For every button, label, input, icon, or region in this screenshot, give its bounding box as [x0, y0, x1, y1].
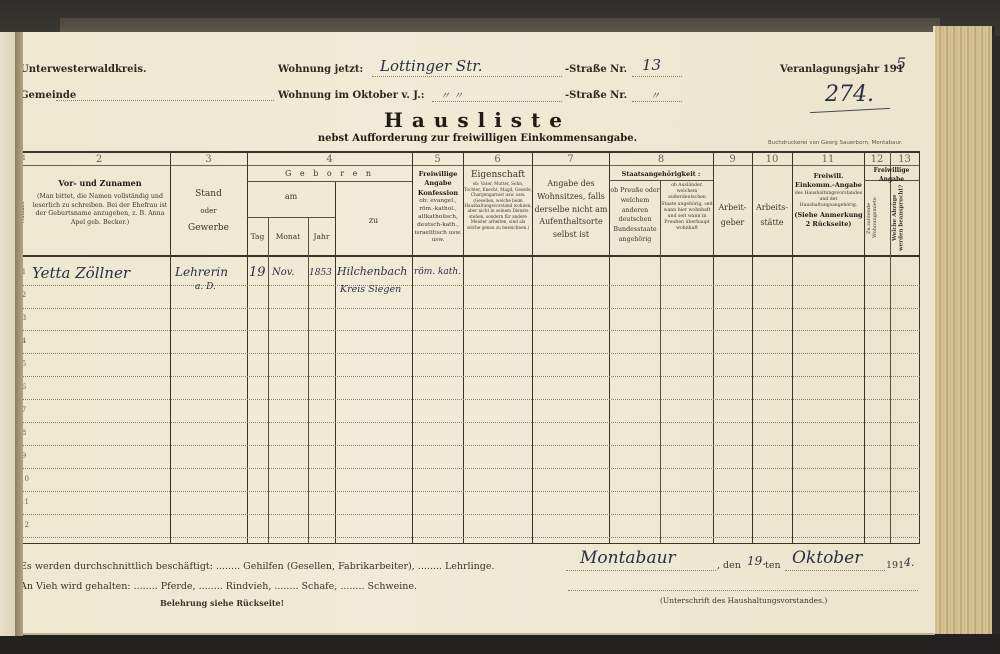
col-line — [247, 151, 248, 543]
column-number: 6 — [463, 154, 532, 165]
col11-ref: (Siehe Anmerkung 2 Rückseite) — [793, 211, 864, 229]
year-prefix: 191 — [886, 560, 904, 571]
signature-label: (Unterschrift des Haushaltungsvorstandes… — [660, 596, 827, 605]
col12-13-header: Freiwillige Angabe — [864, 166, 919, 185]
col4-monat: Monat — [268, 232, 308, 242]
col-line — [919, 151, 920, 543]
col-line — [890, 151, 891, 543]
book-gutter — [15, 32, 23, 636]
livestock-line: An Vieh wird gehalten: ........ Pferde, … — [20, 581, 417, 592]
cell-stand: Lehrerin — [175, 265, 228, 279]
col13-header: Welche Abzüge werden beansprucht? — [892, 184, 918, 252]
header-bottom-rule — [20, 255, 920, 257]
day-value: 19. — [747, 554, 766, 568]
col4-tag: Tag — [247, 232, 268, 242]
place-value: Montabaur — [580, 548, 676, 568]
col11-title: Freiwill. Einkomm.-Angabe — [795, 172, 862, 189]
register-page: Unterwesterwaldkreis. Gemeinde Wohnung j… — [20, 32, 935, 635]
col4-am: am — [247, 192, 335, 203]
col4-jahr: Jahr — [308, 232, 335, 242]
month-line — [785, 570, 885, 571]
col8a-header: ob Preuße oder welchem anderen deutschen… — [610, 186, 660, 245]
printer-imprint: Buchdruckerei von Georg Sauerborn, Monta… — [768, 140, 902, 146]
row-line — [20, 399, 920, 400]
district-label: Unterwesterwaldkreis. — [20, 64, 146, 75]
current-residence-value: Lottinger Str. — [380, 57, 483, 75]
table-bottom-rule — [20, 543, 920, 544]
col-line — [335, 182, 336, 543]
instruction-note: Belehrung siehe Rückseite! — [160, 598, 284, 608]
ten-label: ten — [765, 560, 781, 571]
row-line — [20, 468, 920, 469]
employed-line: Es werden durchschnittlich beschäftigt: … — [20, 561, 494, 572]
column-number: 10 — [752, 154, 792, 165]
col8-title: Staatsangehörigkeit : — [622, 170, 701, 178]
document-title: Hausliste — [20, 108, 935, 132]
assessment-year-label: Veranlagungsjahr 191 — [780, 64, 904, 75]
row-line — [20, 514, 920, 515]
cell-stand-2: a. D. — [195, 282, 216, 292]
col12-13-title: Freiwillige Angabe — [874, 167, 910, 183]
column-number: 7 — [532, 154, 609, 165]
list-number: 274. — [825, 82, 874, 107]
october-street-no-label: -Straße Nr. — [565, 90, 627, 101]
col11-header: Freiwill. Einkomm.-Angabe des Haushaltun… — [793, 172, 864, 228]
row-line — [20, 376, 920, 377]
col6-title: Eigenschaft — [471, 170, 525, 180]
colnum-rule — [20, 165, 920, 166]
row-line — [20, 537, 920, 538]
col8-header: Staatsangehörigkeit : — [609, 170, 713, 179]
row-line — [20, 491, 920, 492]
current-street-no-label: -Straße Nr. — [565, 64, 627, 75]
col2-title: Vor- und Zunamen — [58, 178, 141, 188]
year-suffix: 4. — [904, 556, 915, 569]
column-number: 13 — [890, 154, 919, 165]
october-street-no-value: 〃 — [650, 87, 660, 102]
current-street-no-line — [632, 76, 682, 77]
month-value: Oktober — [792, 548, 862, 568]
row-line — [20, 353, 920, 354]
column-number: 11 — [792, 154, 864, 165]
col12-header: Zu zahlende Wohnungsmiete — [866, 184, 888, 252]
col5-header: Freiwillige Angabe Konfession ob: evange… — [413, 170, 463, 245]
col8b-header: ob Ausländer, welchem außerdeutschen Sta… — [661, 183, 713, 233]
col3-stand: Stand — [195, 189, 222, 199]
october-residence-value: 〃 〃 — [440, 87, 463, 102]
column-number: 4 — [247, 154, 412, 165]
current-residence-label: Wohnung jetzt: — [278, 64, 363, 75]
current-street-no-value: 13 — [642, 56, 661, 74]
row-line — [20, 308, 920, 309]
book-spine-edge — [60, 18, 940, 32]
row-line — [20, 330, 920, 331]
row-line — [20, 422, 920, 423]
col2-note: (Man bittet, die Namen vollständig und l… — [32, 193, 168, 227]
col5-title: Freiwillige Angabe Konfession — [418, 170, 458, 197]
col5-note: ob: evangel., röm.-kathol., altkatholisc… — [413, 198, 463, 245]
col6-header: Eigenschaft ob: Vater, Mutter, Sohn, Toc… — [464, 169, 532, 230]
column-number: 9 — [713, 154, 752, 165]
column-number: 3 — [170, 154, 247, 165]
am-rule — [247, 217, 335, 218]
current-residence-line — [372, 76, 562, 77]
book-cover-bottom — [0, 634, 1000, 654]
column-number: 2 — [28, 154, 170, 165]
col11-note: des Haushaltungsvorstandes und der Haush… — [793, 191, 864, 209]
column-number: 5 — [412, 154, 463, 165]
row-line — [20, 285, 920, 286]
den-label: , den — [717, 560, 741, 571]
column-number: 8 — [609, 154, 713, 165]
row-line — [20, 445, 920, 446]
october-residence-label: Wohnung im Oktober v. J.: — [278, 90, 424, 101]
col7-header: Angabe des Wohnsitzes, falls derselbe ni… — [533, 178, 609, 242]
col10-header: Arbeits-stätte — [752, 200, 792, 230]
cell-tag: 19 — [249, 265, 266, 280]
signature-line — [568, 590, 918, 591]
cell-monat: Nov. — [272, 267, 294, 278]
col6-note: ob: Vater, Mutter, Sohn, Tochter, Knecht… — [464, 181, 532, 230]
page-stack-edge — [933, 26, 995, 634]
cell-konfession: röm. kath. — [414, 267, 461, 277]
table-top-rule — [20, 151, 920, 153]
column-number: 12 — [864, 154, 890, 165]
municipality-line — [56, 100, 274, 101]
col4-zu: zu — [335, 216, 412, 227]
col-line — [864, 151, 865, 543]
cell-ort: Hilchenbach — [337, 265, 407, 278]
assessment-year-value: 5 — [896, 54, 906, 73]
col-line — [268, 217, 269, 543]
staat-rule — [609, 180, 713, 181]
col3-header: Stand oder Gewerbe — [170, 186, 247, 237]
col3-gewerbe: Gewerbe — [188, 223, 229, 233]
geboren-rule — [247, 181, 412, 182]
col2-header: Vor- und Zunamen (Man bittet, die Namen … — [32, 178, 168, 227]
col-line — [308, 217, 309, 543]
col3-oder: oder — [200, 207, 216, 215]
cell-name: Yetta Zöllner — [32, 264, 130, 282]
cell-jahr: 1853 — [309, 268, 332, 278]
cell-ort-2: Kreis Siegen — [340, 284, 401, 295]
col4-header: G e b o r e n — [247, 169, 412, 180]
col9-header: Arbeit-geber — [713, 200, 752, 230]
place-line — [566, 570, 716, 571]
col-line — [660, 181, 661, 543]
